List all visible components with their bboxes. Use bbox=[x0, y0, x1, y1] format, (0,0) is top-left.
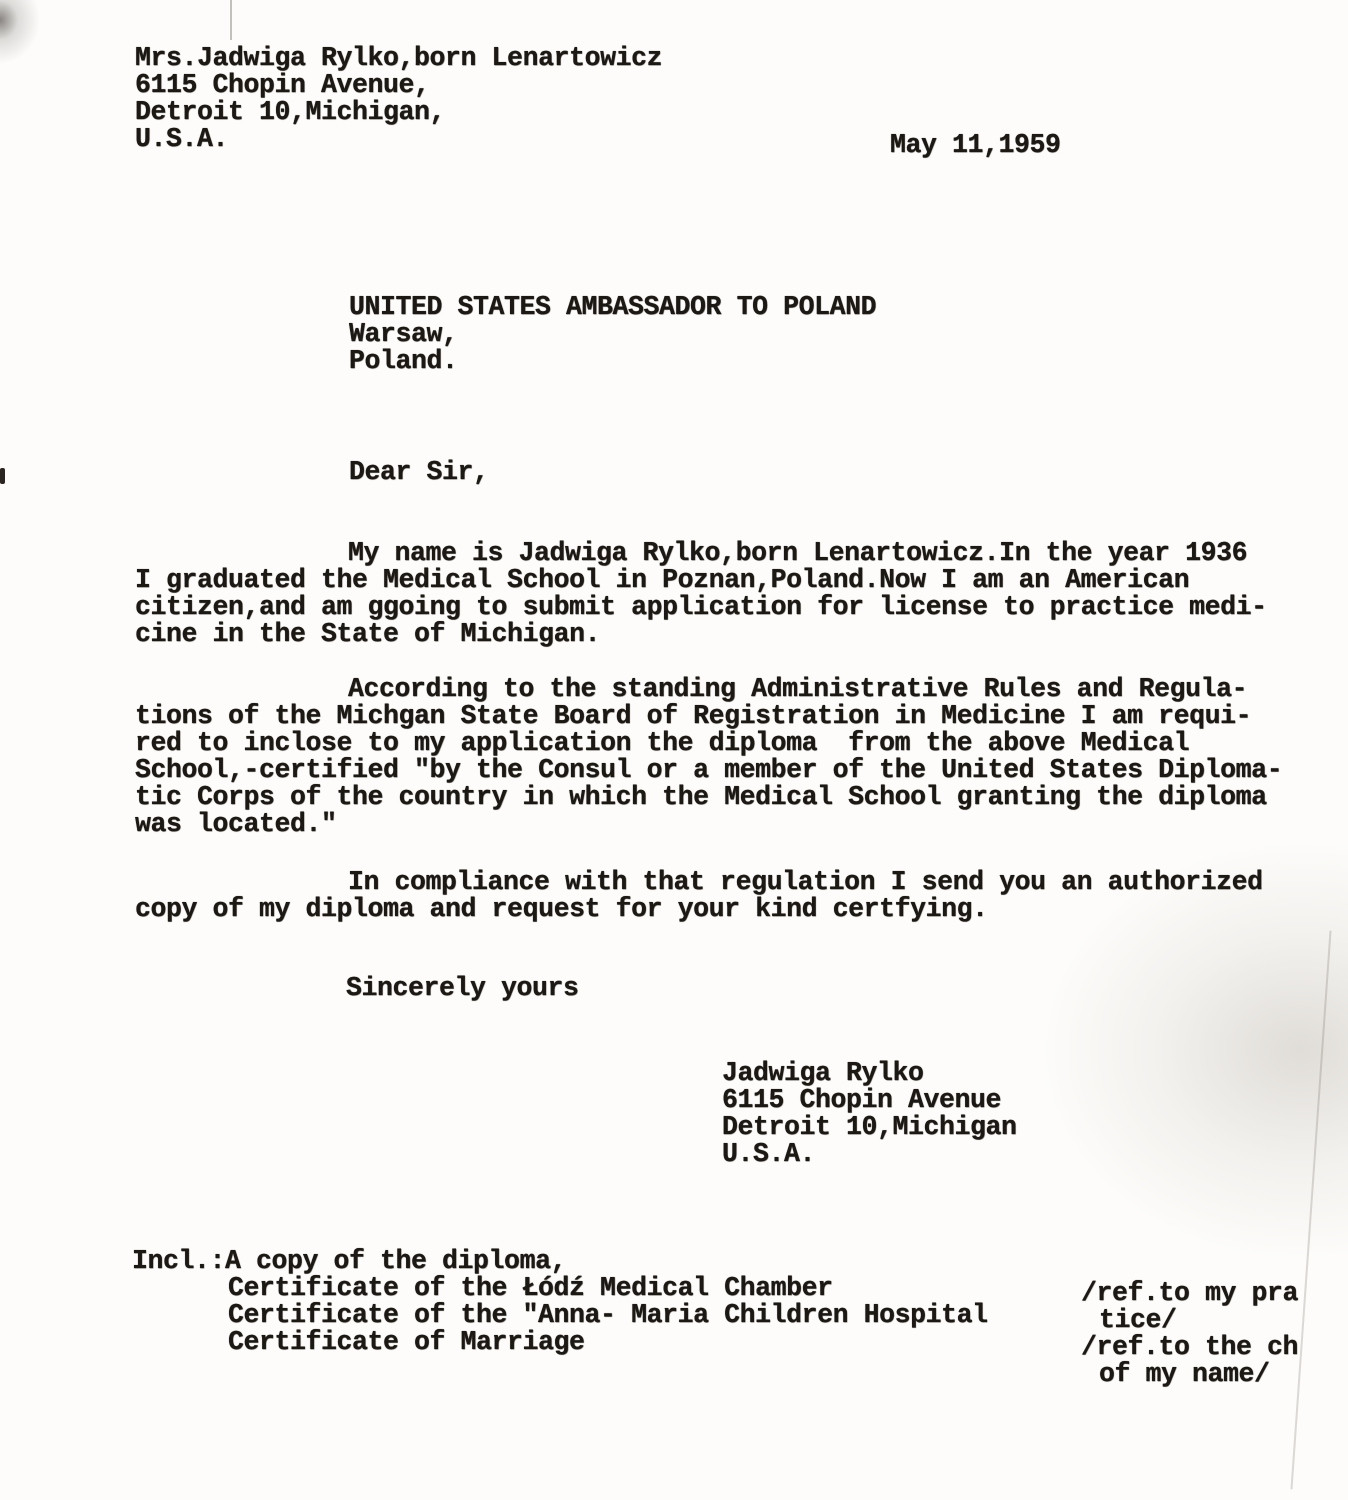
signature-line: 6115 Chopin Avenue bbox=[722, 1087, 1017, 1114]
enclosure-item: Certificate of the Łódź Medical Chamber bbox=[132, 1275, 988, 1302]
paper-crease bbox=[1290, 931, 1331, 1490]
recipient-line: Poland. bbox=[349, 348, 876, 375]
paragraph-line: citizen,and am ggoing to submit applicat… bbox=[135, 594, 1267, 621]
body-paragraph: My name is Jadwiga Rylko,born Lenartowic… bbox=[135, 540, 1267, 648]
paragraph-line: I graduated the Medical School in Poznan… bbox=[135, 567, 1267, 594]
salutation: Dear Sir, bbox=[349, 459, 489, 486]
paragraph-line: was located." bbox=[135, 811, 1282, 838]
paragraph-line: My name is Jadwiga Rylko,born Lenartowic… bbox=[135, 540, 1267, 567]
enclosure-notes: /ref.to my pra tice/ /ref.to the ch of m… bbox=[1081, 1280, 1298, 1388]
paragraph-line: tic Corps of the country in which the Me… bbox=[135, 784, 1282, 811]
signature-line: U.S.A. bbox=[722, 1141, 1017, 1168]
sender-address: Mrs.Jadwiga Rylko,born Lenartowicz 6115 … bbox=[135, 45, 662, 153]
body-paragraph: In compliance with that regulation I sen… bbox=[135, 869, 1263, 923]
body-paragraph: According to the standing Administrative… bbox=[135, 676, 1282, 838]
paragraph-line: tions of the Michgan State Board of Regi… bbox=[135, 703, 1282, 730]
enclosure-note: /ref.to the ch bbox=[1081, 1334, 1298, 1361]
enclosure-note: of my name/ bbox=[1081, 1361, 1298, 1388]
sender-line: U.S.A. bbox=[135, 126, 662, 153]
enclosure-first-line: Incl.:A copy of the diploma, bbox=[132, 1248, 988, 1275]
enclosure-note: tice/ bbox=[1081, 1307, 1298, 1334]
enclosures-label: Incl.: bbox=[132, 1246, 225, 1276]
paper-crease bbox=[230, 0, 232, 40]
paragraph-line: copy of my diploma and request for your … bbox=[135, 896, 1263, 923]
paragraph-line: According to the standing Administrative… bbox=[135, 676, 1282, 703]
signature-line: Detroit 10,Michigan bbox=[722, 1114, 1017, 1141]
enclosure-note: /ref.to my pra bbox=[1081, 1280, 1298, 1307]
typewritten-letter-page: Mrs.Jadwiga Rylko,born Lenartowicz 6115 … bbox=[0, 0, 1348, 1500]
paragraph-line: School,-certified "by the Consul or a me… bbox=[135, 757, 1282, 784]
enclosure-item: Certificate of the "Anna- Maria Children… bbox=[132, 1302, 988, 1329]
sender-line: Mrs.Jadwiga Rylko,born Lenartowicz bbox=[135, 45, 662, 72]
enclosure-item: Certificate of Marriage bbox=[132, 1329, 988, 1356]
sender-line: 6115 Chopin Avenue, bbox=[135, 72, 662, 99]
signature-block: Jadwiga Rylko 6115 Chopin Avenue Detroit… bbox=[722, 1060, 1017, 1168]
recipient-address: UNITED STATES AMBASSADOR TO POLAND Warsa… bbox=[349, 294, 876, 375]
signature-line: Jadwiga Rylko bbox=[722, 1060, 1017, 1087]
paragraph-line: In compliance with that regulation I sen… bbox=[135, 869, 1263, 896]
recipient-line: Warsaw, bbox=[349, 321, 876, 348]
edge-mark bbox=[0, 468, 5, 484]
paragraph-line: cine in the State of Michigan. bbox=[135, 621, 1267, 648]
closing: Sincerely yours bbox=[346, 975, 579, 1002]
enclosures-list: Incl.:A copy of the diploma, Certificate… bbox=[132, 1248, 988, 1356]
recipient-line: UNITED STATES AMBASSADOR TO POLAND bbox=[349, 294, 876, 321]
paragraph-line: red to inclose to my application the dip… bbox=[135, 730, 1282, 757]
sender-line: Detroit 10,Michigan, bbox=[135, 99, 662, 126]
letter-date: May 11,1959 bbox=[890, 132, 1061, 159]
enclosure-item: A copy of the diploma, bbox=[225, 1246, 566, 1276]
